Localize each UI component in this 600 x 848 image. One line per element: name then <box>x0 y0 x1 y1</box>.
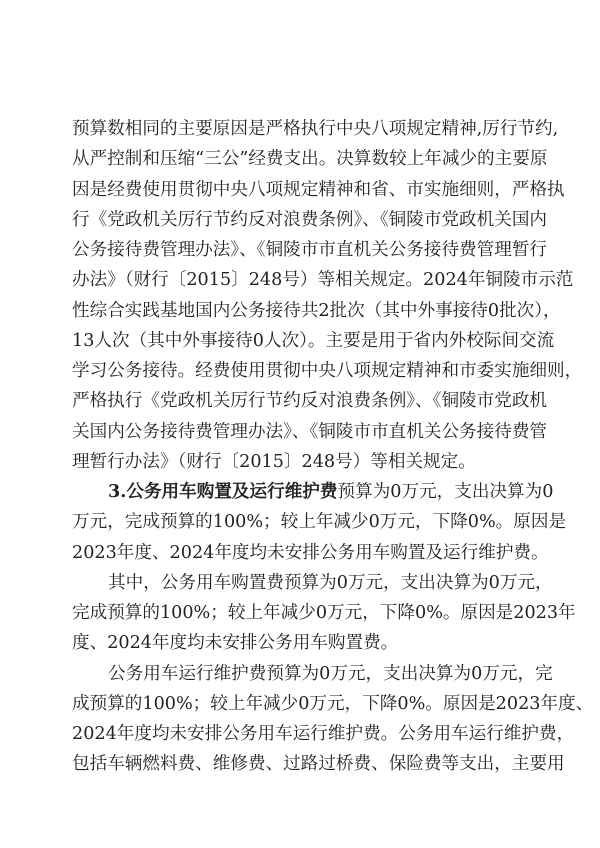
text-line: 预算数相同的主要原因是严格执行中央八项规定精神,厉行节约, <box>72 114 530 144</box>
text-line: 办法》（财行〔2015〕248号）等相关规定。2024年铜陵市示范 <box>72 265 530 295</box>
text-line: 从严控制和压缩“三公”经费支出。决算数较上年减少的主要原 <box>72 144 530 174</box>
paragraph-vehicle-purchase: 其中，公务用车购置费预算为0万元，支出决算为0万元， 完成预算的100%；较上年… <box>72 568 530 659</box>
text-line: 公务用车运行维护费预算为0万元，支出决算为0万元，完 <box>72 659 530 689</box>
text-line: 包括车辆燃料费、维修费、过路过桥费、保险费等支出，主要用 <box>72 749 530 779</box>
text-line: 因是经费使用贯彻中央八项规定精神和省、市实施细则，严格执 <box>72 175 530 205</box>
paragraph-vehicle-maintenance: 公务用车运行维护费预算为0万元，支出决算为0万元，完 成预算的100%；较上年减… <box>72 659 530 780</box>
text-line: 学习公务接待。经费使用贯彻中央八项规定精神和市委实施细则， <box>72 356 530 386</box>
document-page: 预算数相同的主要原因是严格执行中央八项规定精神,厉行节约, 从严控制和压缩“三公… <box>0 0 600 848</box>
text-line: 万元，完成预算的100%；较上年减少0万元，下降0%。原因是 <box>72 507 530 537</box>
text-line: 2023年度、2024年度均未安排公务用车购置及运行维护费。 <box>72 538 530 568</box>
paragraph-hospitality-explanation: 预算数相同的主要原因是严格执行中央八项规定精神,厉行节约, 从严控制和压缩“三公… <box>72 114 530 477</box>
text-line: 成预算的100%；较上年减少0万元，下降0%。原因是2023年度、 <box>72 689 530 719</box>
text-line: 完成预算的100%；较上年减少0万元，下降0%。原因是2023年 <box>72 598 530 628</box>
text-line: 公务接待费管理办法》、《铜陵市市直机关公务接待费管理暂行 <box>72 235 530 265</box>
text-line: 13人次（其中外事接待0人次）。主要是用于省内外校际间交流 <box>72 326 530 356</box>
section-heading: 3.公务用车购置及运行维护费 <box>108 481 338 502</box>
text-line: 度、2024年度均未安排公务用车购置费。 <box>72 628 530 658</box>
text-line: 2024年度均未安排公务用车运行维护费。公务用车运行维护费， <box>72 719 530 749</box>
text-line: 理暂行办法》（财行〔2015〕248号）等相关规定。 <box>72 447 530 477</box>
heading-continuation: 预算为0万元，支出决算为0 <box>338 482 554 502</box>
text-line: 3.公务用车购置及运行维护费预算为0万元，支出决算为0 <box>72 477 530 507</box>
text-line: 行《党政机关厉行节约反对浪费条例》、《铜陵市党政机关国内 <box>72 205 530 235</box>
document-body: 预算数相同的主要原因是严格执行中央八项规定精神,厉行节约, 从严控制和压缩“三公… <box>72 114 530 780</box>
text-line: 严格执行《党政机关厉行节约反对浪费条例》、《铜陵市党政机 <box>72 386 530 416</box>
text-line: 其中，公务用车购置费预算为0万元，支出决算为0万元， <box>72 568 530 598</box>
text-line: 性综合实践基地国内公务接待共2批次（其中外事接待0批次）， <box>72 296 530 326</box>
text-line: 关国内公务接待费管理办法》、《铜陵市市直机关公务接待费管 <box>72 417 530 447</box>
paragraph-vehicle-expense: 3.公务用车购置及运行维护费预算为0万元，支出决算为0 万元，完成预算的100%… <box>72 477 530 568</box>
